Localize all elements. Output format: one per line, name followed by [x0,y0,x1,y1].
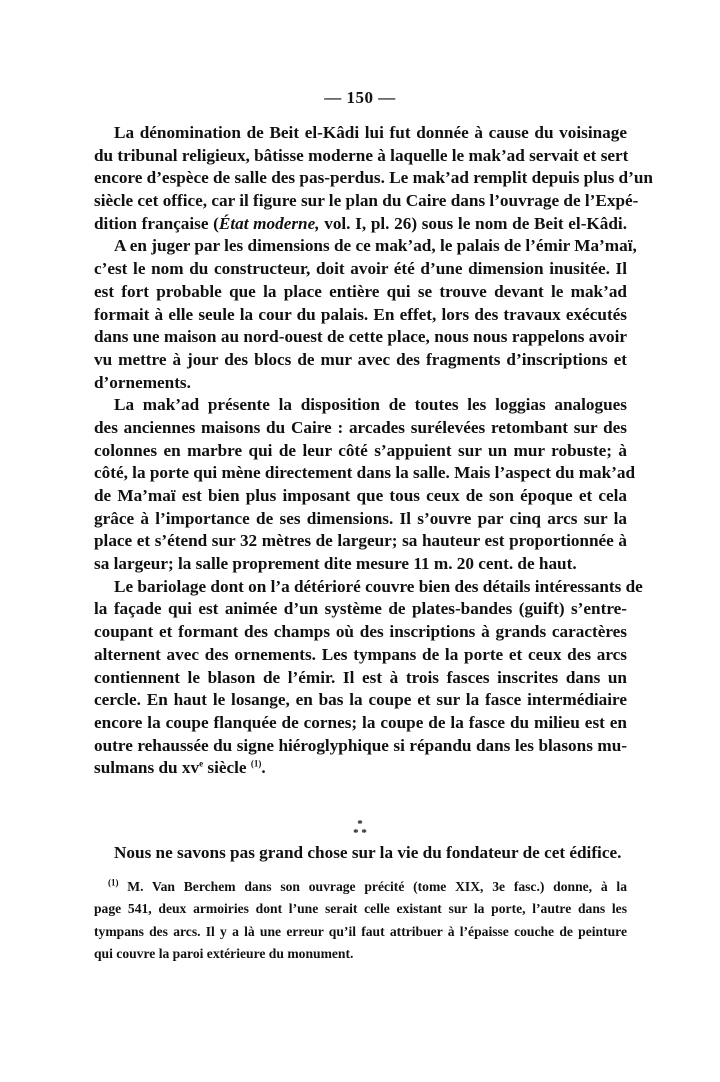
footnote-line: qui couvre la paroi extérieure du monume… [94,943,627,965]
text-line: d’ornements. [94,372,627,395]
text-line: est fort probable que la place entière q… [94,281,627,304]
text-line: A en juger par les dimensions de ce mak’… [94,235,627,258]
section-separator: * * * [0,820,720,838]
text-line: sa largeur; la salle proprement dite mes… [94,553,627,576]
text-line: outre rehaussée du signe hiéroglyphique … [94,735,627,758]
text-line: cercle. En haut le losange, en bas la co… [94,689,627,712]
paragraph: A en juger par les dimensions de ce mak’… [94,235,627,394]
paragraph: Le bariolage dont on l’a détérioré couvr… [94,576,627,780]
text-line: grâce à l’importance de ses dimensions. … [94,508,627,531]
footnote-reference: (1) [251,759,262,769]
body-text: La dénomination de Beit el-Kâdi lui fut … [94,122,627,780]
text-line: encore d’espèce de salle des pas-perdus.… [94,167,627,190]
text-line: de Ma’maï est bien plus imposant que tou… [94,485,627,508]
text-line: c’est le nom du constructeur, doit avoir… [94,258,627,281]
text-line: Nous ne savons pas grand chose sur la vi… [94,842,627,865]
text-line: dans une maison au nord-ouest de cette p… [94,326,627,349]
footnote-line: (1) M. Van Berchem dans son ouvrage préc… [94,876,627,898]
text-line-with-italic: dition française (État moderne, vol. I, … [94,213,627,236]
text-line: place et s’étend sur 32 mètres de largeu… [94,530,627,553]
text-line: alternent avec des ornements. Les tympan… [94,644,627,667]
body-text-continued: Nous ne savons pas grand chose sur la vi… [94,842,627,865]
footnote-line: page 541, deux armoiries dont l’une sera… [94,898,627,920]
footnote-line: tympans des arcs. Il y a là une erreur q… [94,921,627,943]
paragraph: La dénomination de Beit el-Kâdi lui fut … [94,122,627,235]
text-fragment: vol. I, pl. 26) sous le nom de Beit el-K… [320,214,627,233]
asterism-bottom: * * [0,829,720,838]
text-line: contiennent le blason de l’émir. Il est … [94,667,627,690]
footnote-marker: (1) [108,877,119,887]
text-line: des anciennes maisons du Caire : arcades… [94,417,627,440]
text-line: colonnes en marbre qui de leur côté s’ap… [94,440,627,463]
text-line: vu mettre à jour des blocs de mur avec d… [94,349,627,372]
text-line: formait à elle seule la cour du palais. … [94,304,627,327]
text-line: coupant et formant des champs où des ins… [94,621,627,644]
text-line: La dénomination de Beit el-Kâdi lui fut … [94,122,627,145]
superscript: e [199,759,203,769]
text-fragment: dition française ( [94,214,219,233]
text-line: La mak’ad présente la disposition de tou… [94,394,627,417]
footnote-text: M. Van Berchem dans son ouvrage précité … [127,879,627,894]
text-line-with-footnote-ref: sulmans du xve siècle (1). [94,757,627,780]
text-line: siècle cet office, car il figure sur le … [94,190,627,213]
text-line: côté, la porte qui mène directement dans… [94,462,627,485]
paragraph: La mak’ad présente la disposition de tou… [94,394,627,576]
page-number: — 150 — [0,88,720,108]
footnotes: (1) M. Van Berchem dans son ouvrage préc… [94,876,627,966]
text-line: la façade qui est animée d’un système de… [94,598,627,621]
text-line: du tribunal religieux, bâtisse moderne à… [94,145,627,168]
text-line: Le bariolage dont on l’a détérioré couvr… [94,576,627,599]
italic-title: État moderne, [219,214,320,233]
text-line: encore la coupe flanquée de cornes; la c… [94,712,627,735]
